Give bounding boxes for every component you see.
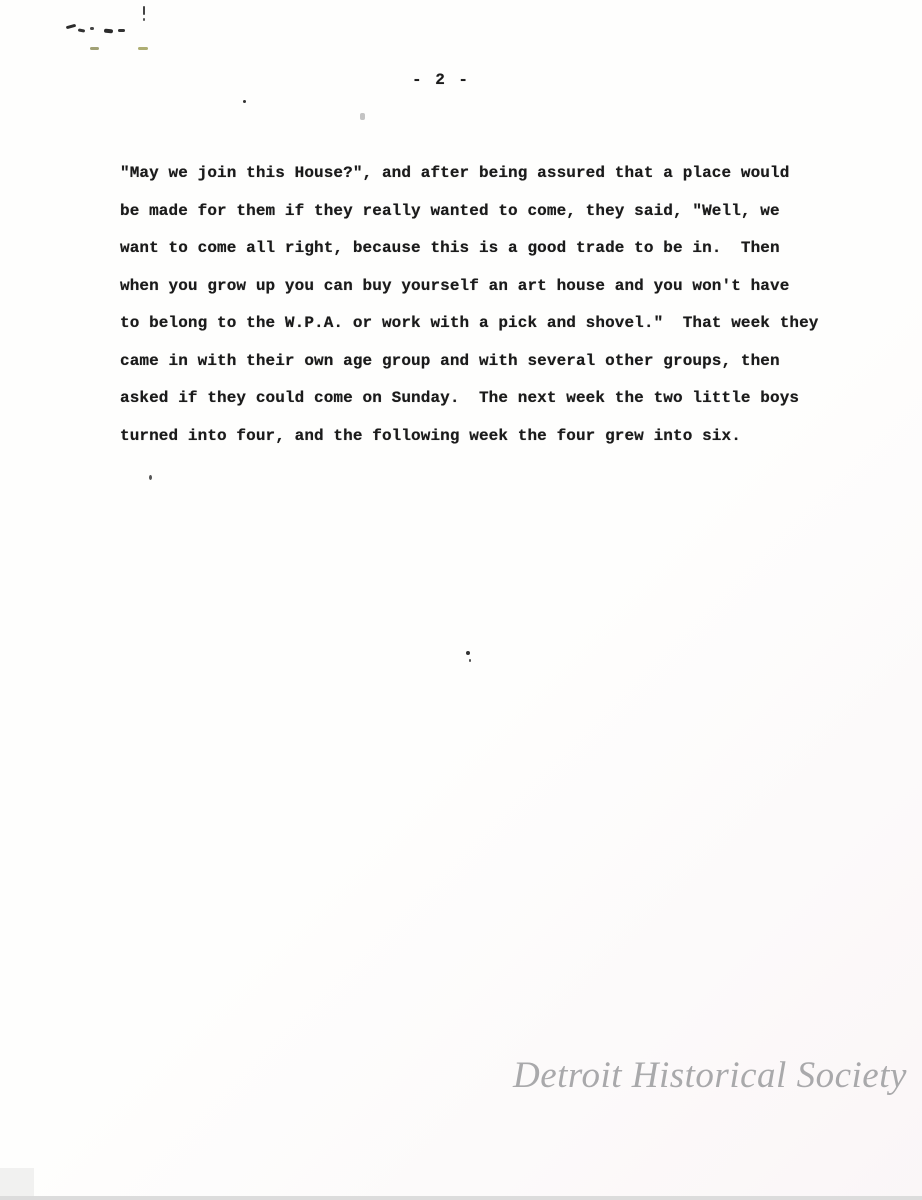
watermark-text: Detroit Historical Society (513, 1054, 907, 1097)
ink-speck (466, 651, 470, 655)
ink-speck (243, 100, 246, 103)
scan-corner-shadow (0, 1168, 34, 1196)
paragraph-line: want to come all right, because this is … (120, 230, 840, 268)
paragraph-line: asked if they could come on Sunday. The … (120, 380, 840, 418)
typewritten-paragraph: "May we join this House?", and after bei… (120, 155, 840, 455)
ink-speck (90, 47, 99, 50)
ink-speck (143, 18, 145, 21)
paragraph-line: when you grow up you can buy yourself an… (120, 268, 840, 306)
ink-speck (118, 29, 125, 32)
ink-speck (78, 28, 85, 32)
paragraph-line: to belong to the W.P.A. or work with a p… (120, 305, 840, 343)
page-number: - 2 - (412, 71, 470, 89)
paragraph-line: came in with their own age group and wit… (120, 343, 840, 381)
ink-speck (90, 27, 94, 30)
ink-speck (138, 47, 148, 50)
ink-speck (360, 113, 365, 120)
scanned-document-page: - 2 - "May we join this House?", and aft… (0, 0, 922, 1200)
paragraph-line: turned into four, and the following week… (120, 418, 840, 456)
ink-speck (149, 475, 152, 480)
paragraph-line: "May we join this House?", and after bei… (120, 155, 840, 193)
scan-bottom-edge (0, 1196, 922, 1200)
ink-speck (143, 6, 145, 15)
ink-speck (104, 29, 113, 34)
paragraph-line: be made for them if they really wanted t… (120, 193, 840, 231)
ink-speck (469, 659, 471, 662)
ink-speck (66, 24, 76, 29)
